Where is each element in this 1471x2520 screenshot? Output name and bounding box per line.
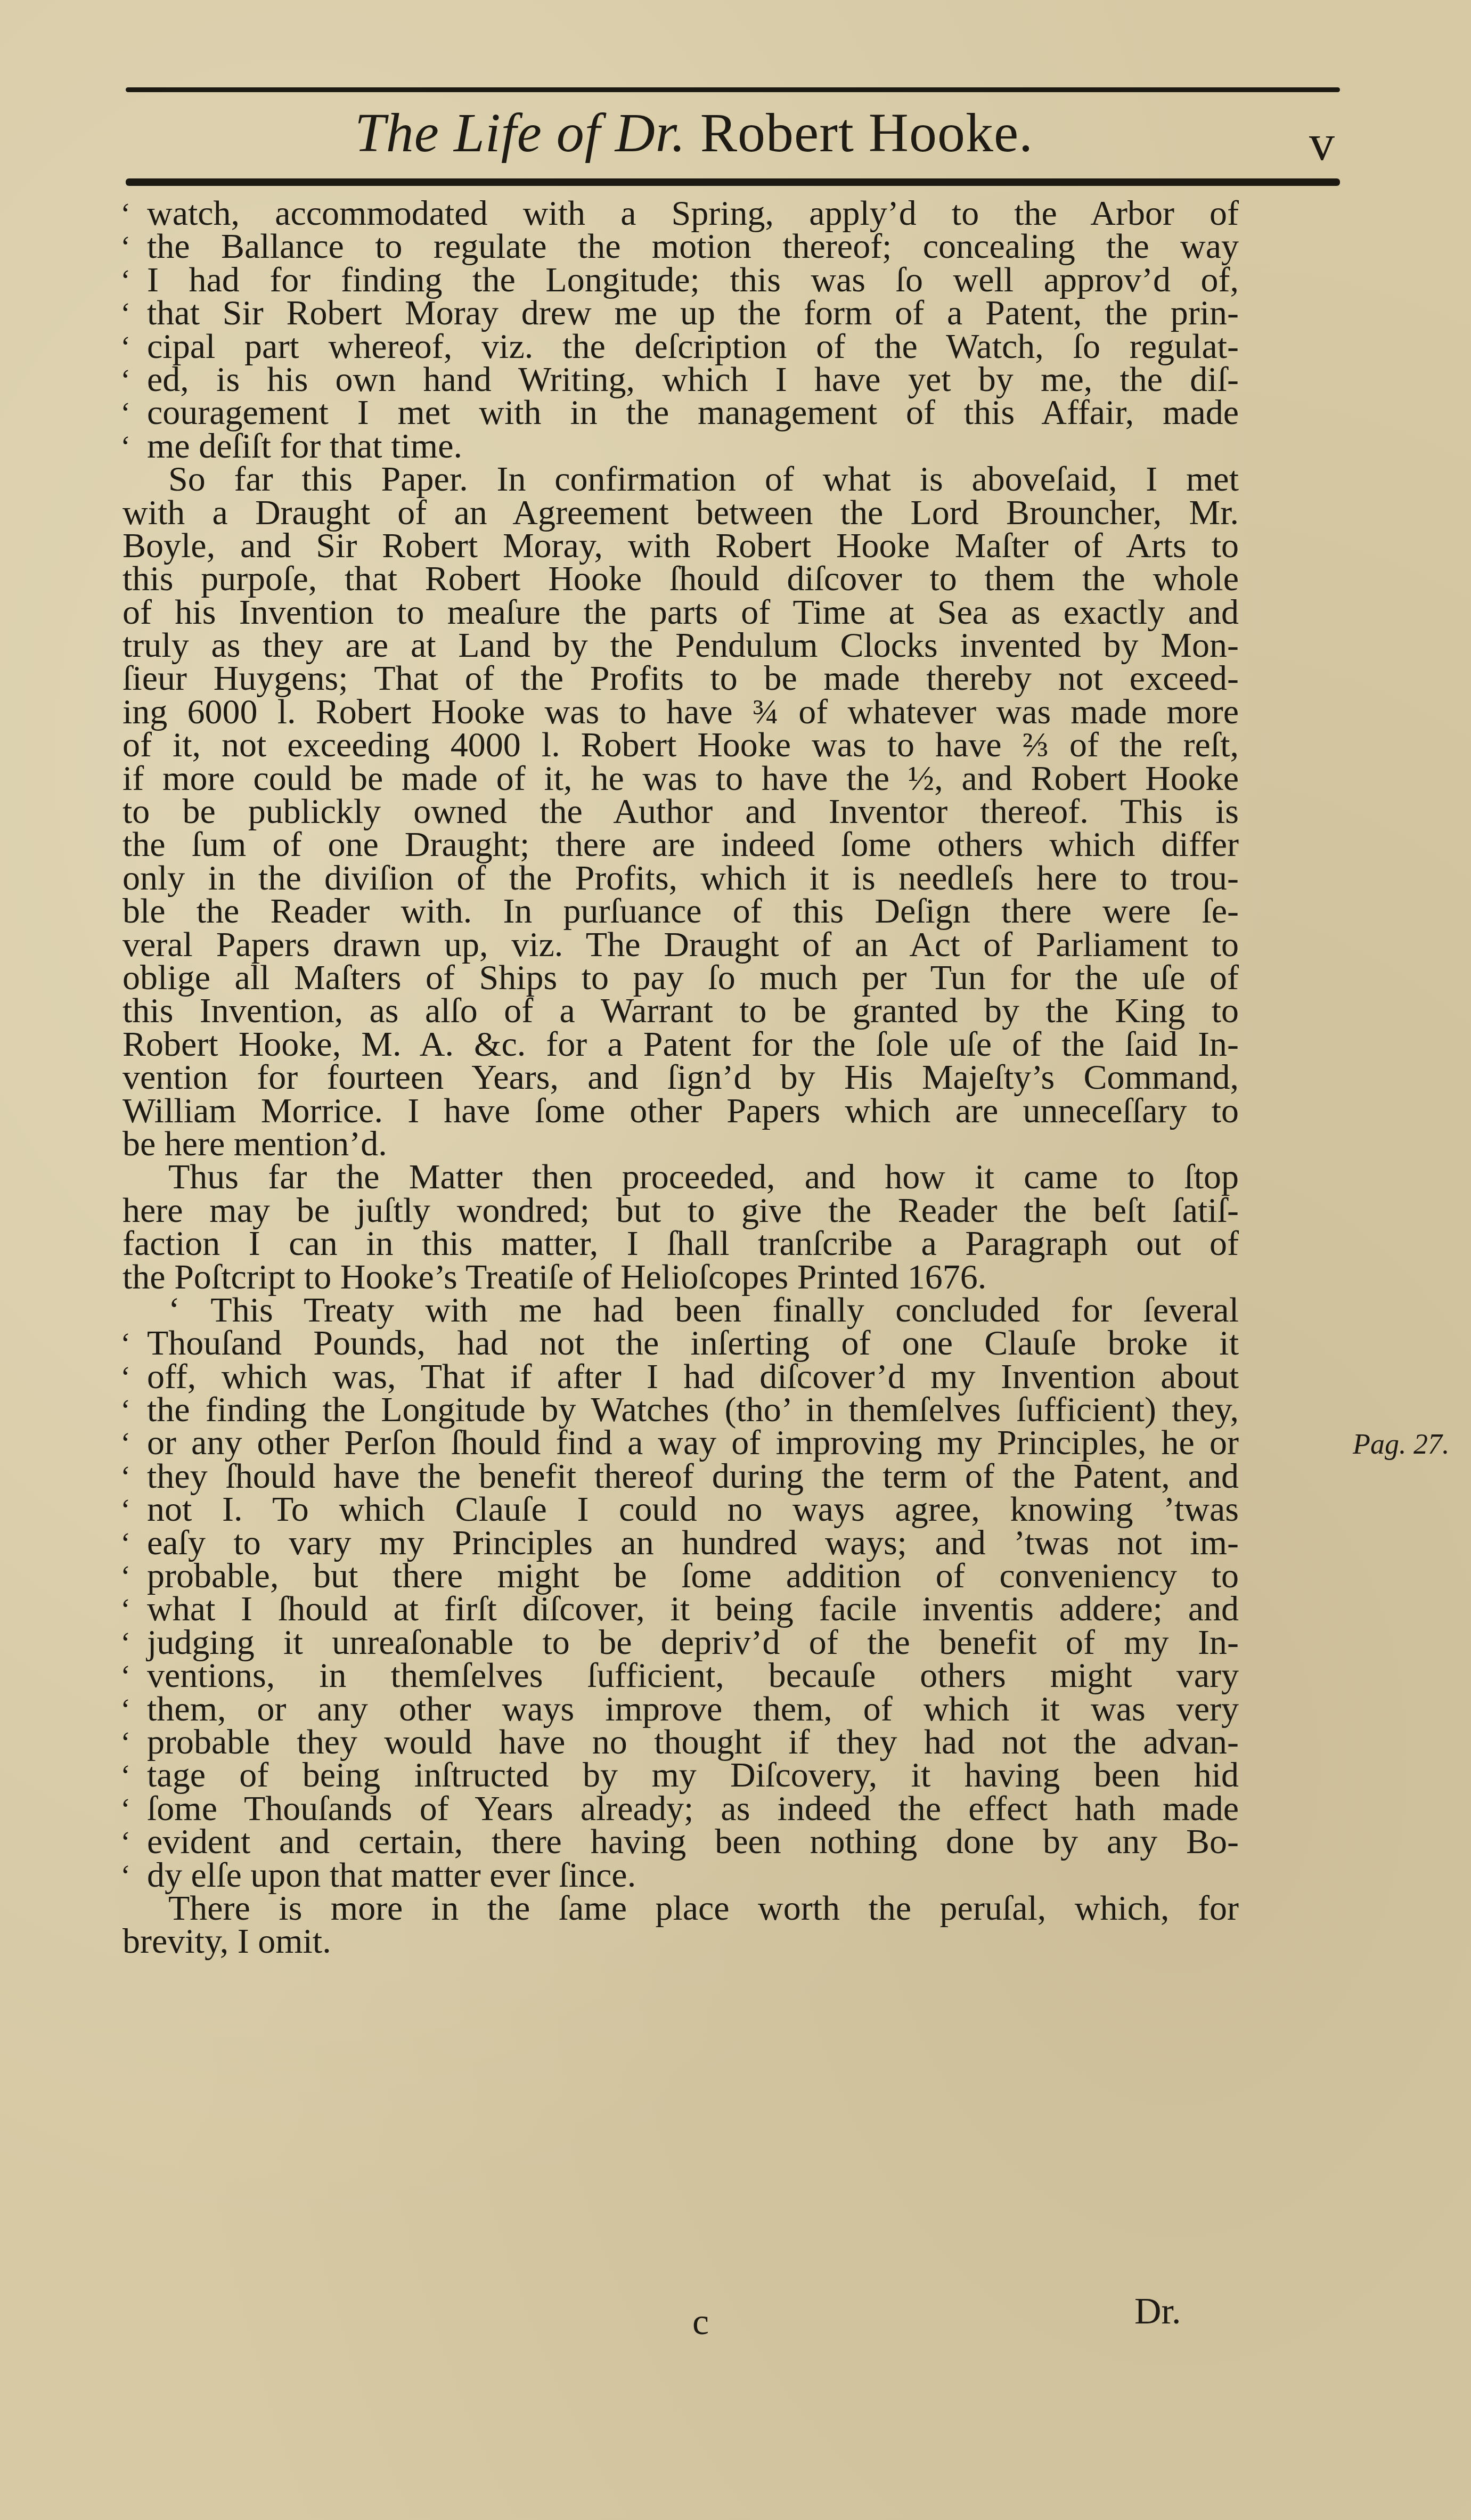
text-line: this purpoſe, that Robert Hooke ſhould d… bbox=[120, 562, 1239, 596]
quote-mark: ‘ bbox=[120, 1426, 136, 1459]
text-line: ‘probable they would have no thought if … bbox=[120, 1726, 1239, 1759]
text-line: ‘watch, accommodated with a Spring, appl… bbox=[120, 197, 1239, 230]
text-line: ‘eaſy to vary my Principles an hundred w… bbox=[120, 1527, 1239, 1560]
quote-mark: ‘ bbox=[120, 1527, 136, 1560]
line-text: Thouſand Pounds, had not the inſerting o… bbox=[147, 1327, 1239, 1360]
text-line: ‘evident and certain, there having been … bbox=[120, 1825, 1239, 1858]
text-line: ‘the Ballance to regulate the motion the… bbox=[120, 230, 1239, 263]
line-text: So far this Paper. In confirmation of wh… bbox=[168, 463, 1239, 496]
quote-mark: ‘ bbox=[120, 1825, 136, 1858]
running-title: The Life of Dr. Robert Hooke. bbox=[355, 101, 1033, 165]
text-line: ‘not I. To which Clauſe I could no ways … bbox=[120, 1493, 1239, 1526]
text-line: Robert Hooke, M. A. &c. for a Patent for… bbox=[120, 1028, 1239, 1061]
text-line: ing 6000 l. Robert Hooke was to have ¾ o… bbox=[120, 696, 1239, 729]
text-line: ‘they ſhould have the benefit thereof du… bbox=[120, 1460, 1239, 1493]
line-text: them, or any other ways improve them, of… bbox=[147, 1693, 1239, 1726]
line-text: Robert Hooke, M. A. &c. for a Patent for… bbox=[122, 1028, 1239, 1061]
quote-mark: ‘ bbox=[120, 363, 136, 396]
quote-mark: ‘ bbox=[120, 230, 136, 263]
line-text: dy elſe upon that matter ever ſince. bbox=[147, 1859, 1239, 1892]
text-line: ‘off, which was, That if after I had diſ… bbox=[120, 1360, 1239, 1393]
line-text: of it, not exceeding 4000 l. Robert Hook… bbox=[122, 729, 1239, 762]
text-line: ble the Reader with. In purſuance of thi… bbox=[120, 895, 1239, 928]
text-line: ‘that Sir Robert Moray drew me up the fo… bbox=[120, 297, 1239, 330]
quote-mark: ‘ bbox=[120, 1726, 136, 1759]
quote-mark: ‘ bbox=[120, 1593, 136, 1626]
quote-mark: ‘ bbox=[120, 1327, 136, 1360]
text-line: ‘probable, but there might be ſome addit… bbox=[120, 1560, 1239, 1593]
line-text: only in the diviſion of the Profits, whi… bbox=[122, 862, 1239, 895]
line-text: ‘ This Treaty with me had been finally c… bbox=[168, 1294, 1239, 1327]
line-text: what I ſhould at firſt diſcover, it bein… bbox=[147, 1593, 1239, 1626]
text-line: ‘dy elſe upon that matter ever ſince. bbox=[120, 1859, 1239, 1892]
line-text: I had for finding the Longitude; this wa… bbox=[147, 264, 1239, 297]
line-text: the ſum of one Draught; there are indeed… bbox=[122, 828, 1239, 861]
text-line: brevity, I omit. bbox=[120, 1925, 1239, 1958]
line-text: ing 6000 l. Robert Hooke was to have ¾ o… bbox=[122, 696, 1239, 729]
text-line: ‘the finding the Longitude by Watches (t… bbox=[120, 1393, 1239, 1426]
quote-mark: ‘ bbox=[120, 1460, 136, 1493]
quote-mark: ‘ bbox=[120, 264, 136, 297]
quote-mark: ‘ bbox=[120, 330, 136, 363]
line-text: watch, accommodated with a Spring, apply… bbox=[147, 197, 1239, 230]
text-line: if more could be made of it, he was to h… bbox=[120, 762, 1239, 795]
line-text: Thus far the Matter then proceeded, and … bbox=[168, 1161, 1239, 1194]
text-line: ‘me deſiſt for that time. bbox=[120, 430, 1239, 463]
line-text: cipal part whereof, viz. the deſcription… bbox=[147, 330, 1239, 363]
line-text: ſome Thouſands of Years already; as inde… bbox=[147, 1792, 1239, 1825]
quote-mark: ‘ bbox=[120, 1759, 136, 1792]
line-text: veral Papers drawn up, viz. The Draught … bbox=[122, 928, 1239, 961]
quote-mark: ‘ bbox=[120, 396, 136, 429]
text-line: with a Draught of an Agreement between t… bbox=[120, 496, 1239, 529]
quote-mark: ‘ bbox=[120, 297, 136, 330]
text-line: this Invention, as alſo of a Warrant to … bbox=[120, 994, 1239, 1027]
text-line: ‘ſome Thouſands of Years already; as ind… bbox=[120, 1792, 1239, 1825]
line-text: me deſiſt for that time. bbox=[147, 430, 1239, 463]
text-line: ‘I had for finding the Longitude; this w… bbox=[120, 264, 1239, 297]
text-line: veral Papers drawn up, viz. The Draught … bbox=[120, 928, 1239, 961]
line-text: probable, but there might be ſome additi… bbox=[147, 1560, 1239, 1593]
line-text: that Sir Robert Moray drew me up the for… bbox=[147, 297, 1239, 330]
text-line: faction I can in this matter, I ſhall tr… bbox=[120, 1227, 1239, 1260]
line-text: tage of being inſtructed by my Diſcovery… bbox=[147, 1759, 1239, 1792]
page-number: v bbox=[1309, 113, 1335, 172]
text-line: be here mention’d. bbox=[120, 1128, 1239, 1161]
line-text: ſieur Huygens; That of the Profits to be… bbox=[122, 662, 1239, 695]
text-line: to be publickly owned the Author and Inv… bbox=[120, 795, 1239, 828]
text-line: Boyle, and Sir Robert Moray, with Robert… bbox=[120, 529, 1239, 562]
line-text: William Morrice. I have ſome other Paper… bbox=[122, 1095, 1239, 1128]
line-text: the Ballance to regulate the motion ther… bbox=[147, 230, 1239, 263]
text-line: ‘Thouſand Pounds, had not the inſerting … bbox=[120, 1327, 1239, 1360]
line-text: or any other Perſon ſhould find a way of… bbox=[147, 1426, 1239, 1459]
text-line: ‘or any other Perſon ſhould find a way o… bbox=[120, 1426, 1239, 1459]
text-line: here may be juſtly wondred; but to give … bbox=[120, 1194, 1239, 1227]
text-line: William Morrice. I have ſome other Paper… bbox=[120, 1095, 1239, 1128]
running-head: The Life of Dr. Robert Hooke. v bbox=[126, 101, 1340, 176]
line-text: to be publickly owned the Author and Inv… bbox=[122, 795, 1239, 828]
running-title-name: Robert Hooke. bbox=[700, 102, 1033, 164]
line-text: with a Draught of an Agreement between t… bbox=[122, 496, 1239, 529]
margin-note: Pag. 27. bbox=[1353, 1428, 1450, 1461]
line-text: be here mention’d. bbox=[122, 1128, 1239, 1161]
quote-mark: ‘ bbox=[120, 1360, 136, 1393]
quote-mark: ‘ bbox=[120, 1859, 136, 1892]
line-text: if more could be made of it, he was to h… bbox=[122, 762, 1239, 795]
text-line: ‘what I ſhould at firſt diſcover, it bei… bbox=[120, 1593, 1239, 1626]
quote-mark: ‘ bbox=[120, 430, 136, 463]
text-line: ‘judging it unreaſonable to be depriv’d … bbox=[120, 1626, 1239, 1659]
text-line: There is more in the ſame place worth th… bbox=[120, 1892, 1239, 1925]
line-text: ed, is his own hand Writing, which I hav… bbox=[147, 363, 1239, 396]
line-text: brevity, I omit. bbox=[122, 1925, 1239, 1958]
running-title-italic: The Life of Dr. bbox=[355, 102, 686, 164]
line-text: vention for fourteen Years, and ſign’d b… bbox=[122, 1061, 1239, 1094]
text-line: the Poſtcript to Hooke’s Treatiſe of Hel… bbox=[120, 1261, 1239, 1294]
line-text: this Invention, as alſo of a Warrant to … bbox=[122, 994, 1239, 1027]
line-text: ventions, in themſelves ſufficient, beca… bbox=[147, 1659, 1239, 1692]
signature-mark: c bbox=[692, 2301, 709, 2344]
line-text: the Poſtcript to Hooke’s Treatiſe of Hel… bbox=[122, 1261, 1239, 1294]
text-line: truly as they are at Land by the Pendulu… bbox=[120, 629, 1239, 662]
line-text: Boyle, and Sir Robert Moray, with Robert… bbox=[122, 529, 1239, 562]
text-line: ‘ventions, in themſelves ſufficient, bec… bbox=[120, 1659, 1239, 1692]
line-text: they ſhould have the benefit thereof dur… bbox=[147, 1460, 1239, 1493]
text-line: ‘ This Treaty with me had been finally c… bbox=[120, 1294, 1239, 1327]
quote-mark: ‘ bbox=[120, 1560, 136, 1593]
text-line: ‘them, or any other ways improve them, o… bbox=[120, 1693, 1239, 1726]
header-rule-top bbox=[126, 87, 1340, 92]
text-line: the ſum of one Draught; there are indeed… bbox=[120, 828, 1239, 861]
line-text: faction I can in this matter, I ſhall tr… bbox=[122, 1227, 1239, 1260]
text-line: of his Invention to meaſure the parts of… bbox=[120, 596, 1239, 629]
line-text: eaſy to vary my Principles an hundred wa… bbox=[147, 1527, 1239, 1560]
quote-mark: ‘ bbox=[120, 197, 136, 230]
quote-mark: ‘ bbox=[120, 1792, 136, 1825]
body-text: ‘watch, accommodated with a Spring, appl… bbox=[120, 197, 1239, 1959]
line-text: There is more in the ſame place worth th… bbox=[168, 1892, 1239, 1925]
text-line: of it, not exceeding 4000 l. Robert Hook… bbox=[120, 729, 1239, 762]
quote-mark: ‘ bbox=[120, 1393, 136, 1426]
line-text: couragement I met with in the management… bbox=[147, 396, 1239, 429]
line-text: this purpoſe, that Robert Hooke ſhould d… bbox=[122, 562, 1239, 596]
line-text: here may be juſtly wondred; but to give … bbox=[122, 1194, 1239, 1227]
line-text: not I. To which Clauſe I could no ways a… bbox=[147, 1493, 1239, 1526]
text-line: ‘tage of being inſtructed by my Diſcover… bbox=[120, 1759, 1239, 1792]
text-line: ‘ed, is his own hand Writing, which I ha… bbox=[120, 363, 1239, 396]
text-line: So far this Paper. In confirmation of wh… bbox=[120, 463, 1239, 496]
line-text: off, which was, That if after I had diſc… bbox=[147, 1360, 1239, 1393]
text-line: ſieur Huygens; That of the Profits to be… bbox=[120, 662, 1239, 695]
text-line: ‘cipal part whereof, viz. the deſcriptio… bbox=[120, 330, 1239, 363]
quote-mark: ‘ bbox=[120, 1659, 136, 1692]
catchword: Dr. bbox=[1134, 2290, 1181, 2333]
text-line: ‘couragement I met with in the managemen… bbox=[120, 396, 1239, 429]
line-text: evident and certain, there having been n… bbox=[147, 1825, 1239, 1858]
line-text: judging it unreaſonable to be depriv’d o… bbox=[147, 1626, 1239, 1659]
line-text: the finding the Longitude by Watches (th… bbox=[147, 1393, 1239, 1426]
header-rule-bottom bbox=[126, 178, 1340, 186]
text-line: only in the diviſion of the Profits, whi… bbox=[120, 862, 1239, 895]
line-text: ble the Reader with. In purſuance of thi… bbox=[122, 895, 1239, 928]
line-text: oblige all Maſters of Ships to pay ſo mu… bbox=[122, 961, 1239, 994]
quote-mark: ‘ bbox=[120, 1626, 136, 1659]
line-text: probable they would have no thought if t… bbox=[147, 1726, 1239, 1759]
text-line: oblige all Maſters of Ships to pay ſo mu… bbox=[120, 961, 1239, 994]
quote-mark: ‘ bbox=[120, 1693, 136, 1726]
text-line: Thus far the Matter then proceeded, and … bbox=[120, 1161, 1239, 1194]
line-text: truly as they are at Land by the Pendulu… bbox=[122, 629, 1239, 662]
line-text: of his Invention to meaſure the parts of… bbox=[122, 596, 1239, 629]
text-line: vention for fourteen Years, and ſign’d b… bbox=[120, 1061, 1239, 1094]
quote-mark: ‘ bbox=[120, 1493, 136, 1526]
